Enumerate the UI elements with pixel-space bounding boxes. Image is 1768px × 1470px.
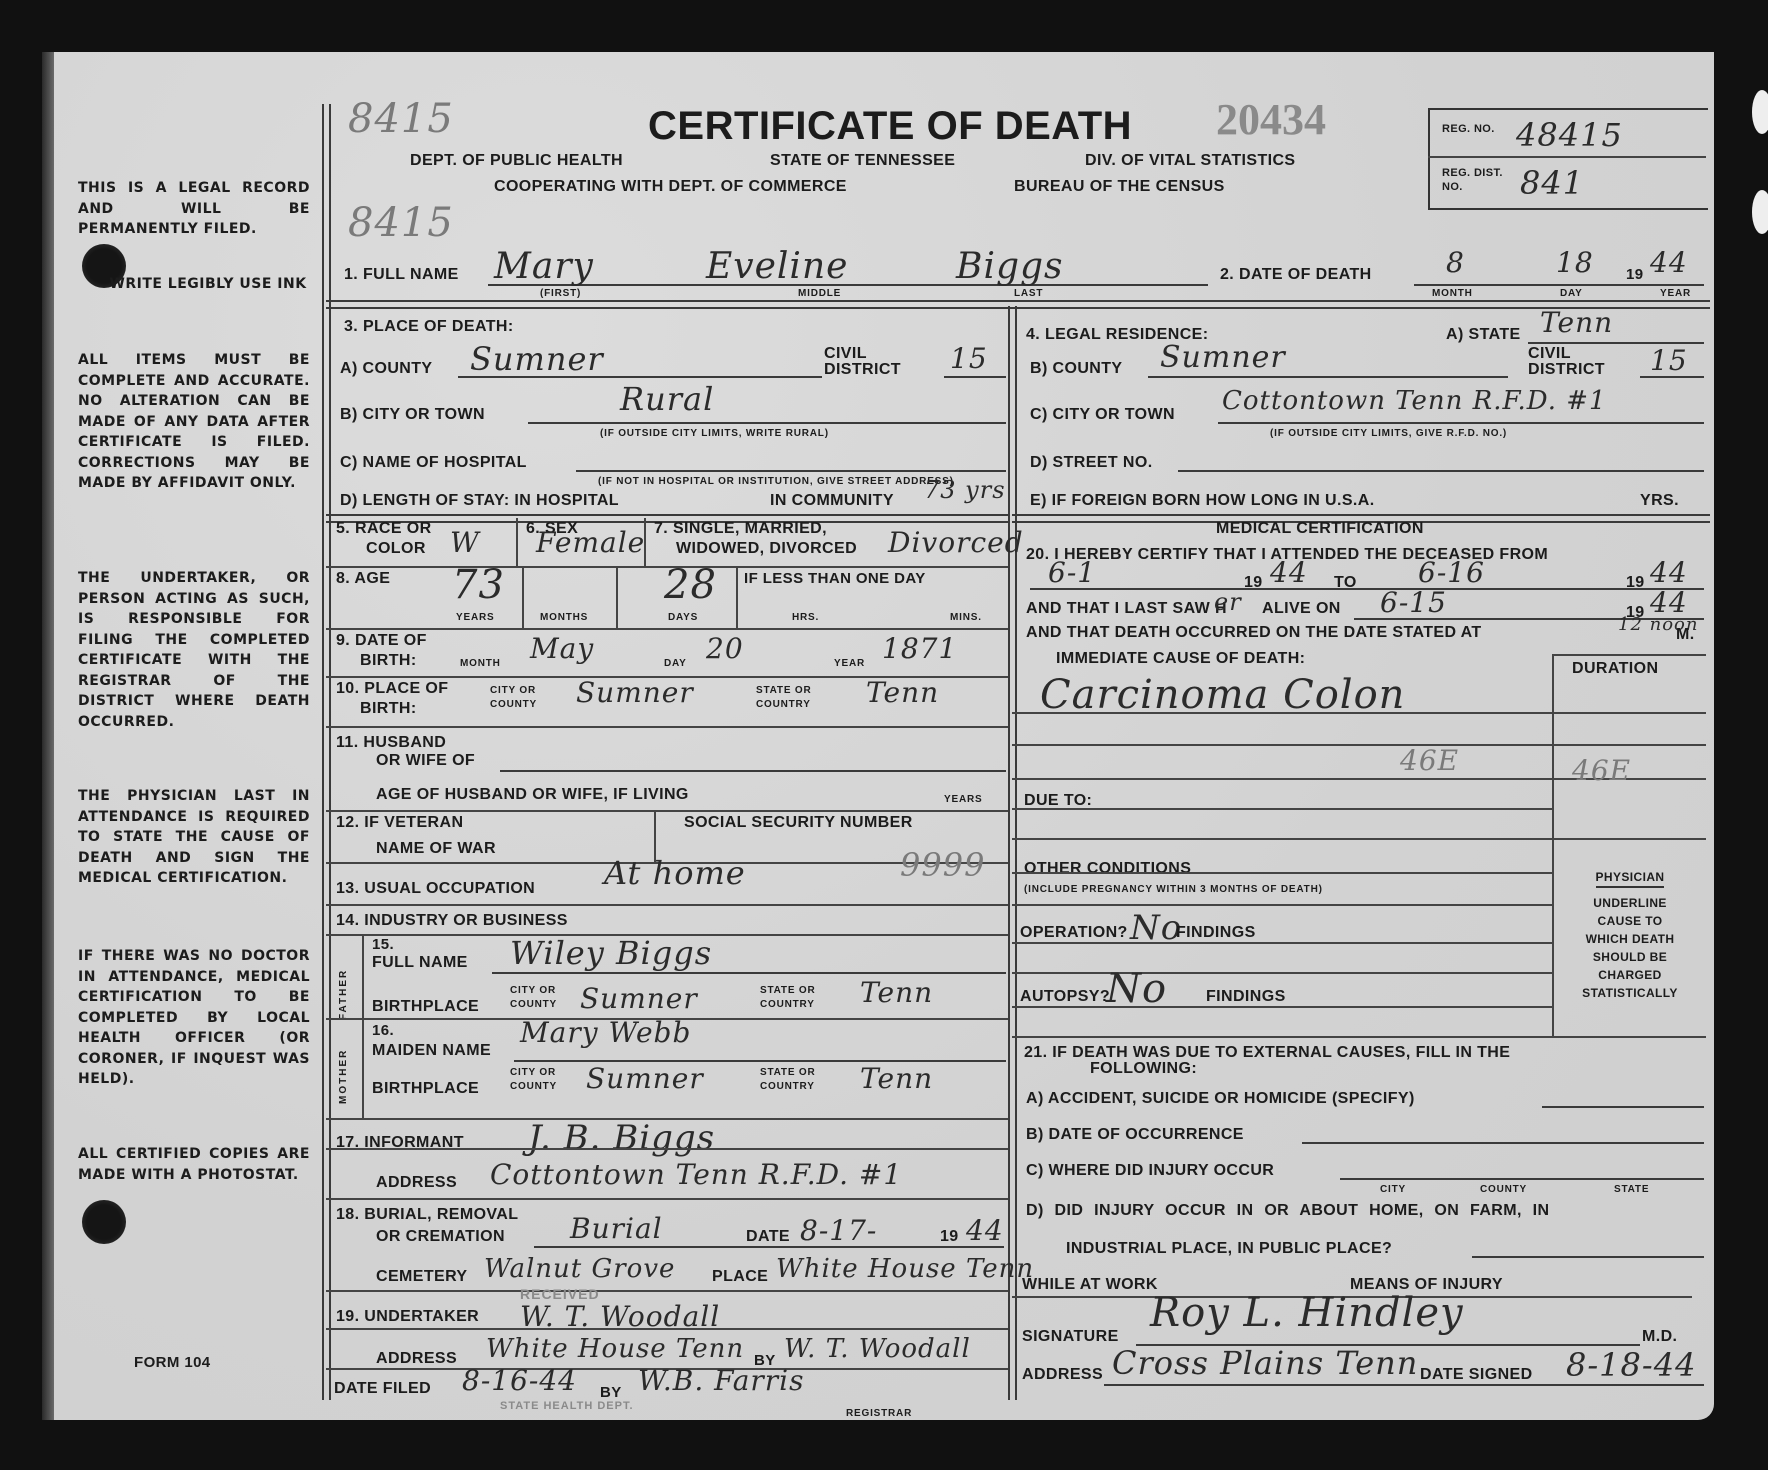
sub-days: DAYS [668, 612, 698, 623]
mother-state-label: STATE OR COUNTRY [760, 1066, 830, 1094]
residence-city-label: C) CITY OR TOWN [1030, 406, 1175, 424]
age-less-label: IF LESS THAN ONE DAY [744, 570, 926, 587]
industry-label: 14. INDUSTRY OR BUSINESS [336, 912, 568, 930]
veteran-war-label: NAME OF WAR [376, 840, 496, 858]
mother-city-value[interactable]: Sumner [586, 1062, 704, 1095]
residence-foreign-label: E) IF FOREIGN BORN HOW LONG IN U.S.A. [1030, 492, 1375, 510]
attended-to-date[interactable]: 6-16 [1418, 556, 1485, 589]
age-hrs: HRS. [792, 612, 819, 623]
birth-place-label: 10. PLACE OF [336, 680, 448, 698]
physician-address-label: ADDRESS [1022, 1366, 1103, 1384]
first-name-value[interactable]: Mary [494, 246, 594, 287]
reg-dist-label: REG. DIST. NO. [1442, 166, 1512, 194]
occupation-value[interactable]: At home [604, 854, 746, 892]
header-cooperating: COOPERATING WITH DEPT. OF COMMERCE [494, 178, 847, 196]
residence-civil-label: CIVIL DISTRICT [1528, 346, 1638, 378]
burial-label: 18. BURIAL, REMOVAL [336, 1206, 518, 1224]
father-state-label: STATE OR COUNTRY [760, 984, 830, 1012]
reg-no-value[interactable]: 48415 [1516, 116, 1623, 154]
where-county: COUNTY [1480, 1184, 1527, 1195]
date-filed-label: DATE FILED [334, 1380, 431, 1398]
father-city-value[interactable]: Sumner [580, 982, 698, 1015]
sub-middle: MIDDLE [798, 288, 841, 299]
occurred-label: AND THAT DEATH OCCURRED ON THE DATE STAT… [1026, 624, 1482, 642]
mother-name-label: MAIDEN NAME [372, 1042, 491, 1060]
pod-civil-label: CIVIL DISTRICT [824, 346, 934, 378]
sub-months: MONTHS [540, 612, 588, 623]
marital-value[interactable]: Divorced [888, 526, 1024, 559]
notice-physician: THE PHYSICIAN LAST IN ATTENDANCE IS REQU… [78, 786, 310, 889]
header-state: STATE OF TENNESSEE [770, 152, 955, 170]
md-suffix: M.D. [1642, 1328, 1677, 1346]
home-label: D) DID INJURY OCCUR IN OR ABOUT HOME, ON… [1026, 1202, 1549, 1220]
reg-dist-value[interactable]: 841 [1520, 164, 1584, 202]
accident-label: A) ACCIDENT, SUICIDE OR HOMICIDE (SPECIF… [1026, 1090, 1415, 1108]
residence-county-label: B) COUNTY [1030, 360, 1122, 378]
attended-from-year[interactable]: 44 [1270, 556, 1308, 589]
sub-month: MONTH [1432, 288, 1473, 299]
mother-side-label: MOTHER [338, 1030, 349, 1104]
spouse-label-2: OR WIFE OF [376, 752, 475, 770]
marital-label: 7. SINGLE, MARRIED, [654, 520, 827, 538]
birth-day-value[interactable]: 20 [706, 632, 744, 665]
birth-place-label-2: BIRTH: [360, 700, 417, 718]
pod-city-label: B) CITY OR TOWN [340, 406, 485, 424]
date-of-death-label: 2. DATE OF DEATH [1220, 266, 1372, 284]
sub-year: YEAR [1660, 288, 1691, 299]
residence-city-value[interactable]: Cottontown Tenn R.F.D. #1 [1222, 386, 1607, 416]
mother-state-value[interactable]: Tenn [860, 1062, 933, 1095]
place-of-death-label: 3. PLACE OF DEATH: [344, 318, 514, 336]
sub-years: YEARS [456, 612, 494, 623]
age-days[interactable]: 28 [664, 562, 717, 608]
physician-address-value[interactable]: Cross Plains Tenn [1112, 1344, 1418, 1382]
informant-name-value[interactable]: J. B. Biggs [528, 1118, 715, 1158]
mother-name-value[interactable]: Mary Webb [520, 1016, 691, 1049]
middle-name-value[interactable]: Eveline [706, 246, 848, 287]
father-state-value[interactable]: Tenn [860, 976, 933, 1009]
pod-civil-value[interactable]: 15 [950, 342, 988, 375]
header-bureau: BUREAU OF THE CENSUS [1014, 178, 1225, 196]
notice-photostat: ALL CERTIFIED COPIES ARE MADE WITH A PHO… [78, 1144, 310, 1185]
operation-label: OPERATION? [1020, 924, 1128, 942]
race-label: 5. RACE OR [336, 520, 432, 538]
autopsy-label: AUTOPSY? [1020, 988, 1110, 1006]
home-label-2: INDUSTRIAL PLACE, IN PUBLIC PLACE? [1066, 1240, 1392, 1258]
cemetery-label: CEMETERY [376, 1268, 468, 1286]
file-number: 20434 [1216, 94, 1326, 145]
header-division: DIV. OF VITAL STATISTICS [1085, 152, 1296, 170]
margin-note: 8415 [348, 96, 454, 142]
mother-birth-label: BIRTHPLACE [372, 1080, 479, 1098]
father-side-label: FATHER [338, 950, 349, 1020]
notice-legal-record: THIS IS A LEGAL RECORD AND WILL BE PERMA… [78, 178, 310, 240]
pod-community-value[interactable]: 73 yrs [924, 476, 1006, 504]
sub-last: LAST [1014, 288, 1043, 299]
pod-hospital-label: C) NAME OF HOSPITAL [340, 454, 527, 472]
birth-year-value[interactable]: 1871 [882, 632, 957, 665]
occurrence-label: B) DATE OF OCCURRENCE [1026, 1126, 1244, 1144]
registrar-value[interactable]: W.B. Farris [638, 1364, 804, 1397]
margin-note: 8415 [348, 200, 454, 246]
burial-date-label: DATE [746, 1228, 790, 1246]
burial-year-prefix: 19 [940, 1228, 959, 1246]
race-label-2: COLOR [366, 540, 426, 558]
burial-place-label: PLACE [712, 1268, 768, 1286]
page-title: CERTIFICATE OF DEATH [648, 104, 1132, 149]
birth-state-value[interactable]: Tenn [866, 676, 939, 709]
veteran-label: 12. IF VETERAN [336, 814, 463, 832]
duration-label: DURATION [1572, 660, 1658, 678]
physician-note: PHYSICIAN UNDERLINE CAUSE TO WHICH DEATH… [1556, 868, 1704, 1002]
paper-edge [42, 52, 54, 1420]
date-signed-value[interactable]: 8-18-44 [1566, 1346, 1696, 1384]
where-city: CITY [1380, 1184, 1406, 1195]
residence-foreign-unit: YRS. [1640, 492, 1679, 510]
state-health-stamp: STATE HEALTH DEPT. [500, 1400, 634, 1412]
external-label-2: FOLLOWING: [1090, 1060, 1197, 1078]
burial-value[interactable]: Burial [570, 1212, 663, 1245]
father-name-label: FULL NAME [372, 954, 468, 972]
burial-year-value[interactable]: 44 [966, 1214, 1004, 1247]
signature-label: SIGNATURE [1022, 1328, 1119, 1346]
occupation-code: 9999 [900, 846, 985, 884]
birth-city-value[interactable]: Sumner [576, 676, 694, 709]
other-conditions-label: OTHER CONDITIONS [1024, 860, 1191, 878]
pod-city-note: (IF OUTSIDE CITY LIMITS, WRITE RURAL) [600, 428, 829, 439]
notice-no-doctor: IF THERE WAS NO DOCTOR IN ATTENDANCE, ME… [78, 946, 310, 1090]
marital-label-2: WIDOWED, DIVORCED [676, 540, 857, 558]
spouse-age-label: AGE OF HUSBAND OR WIFE, IF LIVING [376, 786, 689, 804]
death-year-prefix: 19 [1626, 266, 1644, 283]
date-filed-value[interactable]: 8-16-44 [462, 1364, 577, 1397]
pod-city-value[interactable]: Rural [620, 380, 714, 418]
pod-county-label: A) COUNTY [340, 360, 432, 378]
birth-month-label: MONTH [460, 658, 501, 669]
father-name-value[interactable]: Wiley Biggs [510, 934, 712, 972]
father-num: 15. [372, 936, 394, 953]
punch-hole [82, 1200, 126, 1244]
mother-city-label: CITY OR COUNTY [510, 1066, 570, 1094]
residence-city-note: (IF OUTSIDE CITY LIMITS, GIVE R.F.D. NO.… [1270, 428, 1507, 439]
death-month[interactable]: 8 [1446, 246, 1465, 279]
filed-by-label: BY [600, 1384, 622, 1401]
undertaker-label: 19. UNDERTAKER [336, 1308, 479, 1326]
birth-year-label: YEAR [834, 658, 865, 669]
where-label: C) WHERE DID INJURY OCCUR [1026, 1162, 1274, 1180]
undertaker-address-label: ADDRESS [376, 1350, 457, 1368]
to-label: TO [1334, 574, 1357, 592]
last-saw-label: AND THAT I LAST SAW H [1026, 600, 1227, 618]
scan-artifact [1752, 190, 1768, 234]
residence-state-value[interactable]: Tenn [1540, 306, 1613, 339]
reg-no-label: REG. NO. [1442, 122, 1498, 136]
death-year[interactable]: 44 [1650, 246, 1688, 279]
burial-date-value[interactable]: 8-17- [800, 1214, 877, 1247]
sub-day: DAY [1560, 288, 1583, 299]
residence-county-value[interactable]: Sumner [1160, 340, 1286, 375]
sub-first: (FIRST) [540, 288, 581, 299]
physician-signature[interactable]: Roy L. Hindley [1150, 1290, 1464, 1336]
alive-on-label: ALIVE ON [1262, 600, 1341, 618]
occurred-unit: M. [1676, 626, 1695, 644]
to-year-prefix: 19 [1626, 574, 1645, 592]
pod-community-label: IN COMMUNITY [770, 492, 894, 510]
spouse-label: 11. HUSBAND [336, 734, 446, 752]
where-state: STATE [1614, 1184, 1649, 1195]
notice-all-items: ALL ITEMS MUST BE COMPLETE AND ACCURATE.… [78, 350, 310, 494]
while-at-work-label: WHILE AT WORK [1022, 1276, 1158, 1294]
cause-label: IMMEDIATE CAUSE OF DEATH: [1056, 650, 1305, 668]
divider-top [326, 300, 1710, 309]
full-name-label: 1. FULL NAME [344, 266, 459, 284]
autopsy-findings-label: FINDINGS [1206, 988, 1286, 1006]
undertaker-address-value[interactable]: White House Tenn [486, 1334, 744, 1364]
sex-value[interactable]: Female [536, 526, 645, 559]
occupation-label: 13. USUAL OCCUPATION [336, 880, 535, 898]
informant-address-value[interactable]: Cottontown Tenn R.F.D. #1 [490, 1158, 902, 1191]
attended-to-year[interactable]: 44 [1650, 556, 1688, 589]
scan-artifact [1752, 90, 1768, 134]
last-saw-pronoun[interactable]: er [1214, 588, 1242, 616]
mother-num: 16. [372, 1022, 394, 1039]
burial-label-2: OR CREMATION [376, 1228, 505, 1246]
birth-month-value[interactable]: May [530, 632, 594, 665]
attended-from-date[interactable]: 6-1 [1048, 556, 1096, 589]
informant-address-label: ADDRESS [376, 1174, 457, 1192]
cause-code: 46E [1400, 744, 1459, 777]
pod-stay-label: D) LENGTH OF STAY: IN HOSPITAL [340, 492, 619, 510]
notice-write-legibly: WRITE LEGIBLY USE INK [78, 274, 308, 295]
medical-heading: MEDICAL CERTIFICATION [1216, 520, 1424, 538]
residence-state-label: A) STATE [1446, 326, 1521, 344]
death-day[interactable]: 18 [1556, 246, 1594, 279]
other-conditions-note: (INCLUDE PREGNANCY WITHIN 3 MONTHS OF DE… [1024, 884, 1323, 895]
cemetery-value[interactable]: Walnut Grove [484, 1254, 675, 1284]
duration-code: 46E [1572, 754, 1631, 787]
registrar-label: REGISTRAR [846, 1408, 912, 1419]
birth-city-label: CITY OR COUNTY [490, 684, 550, 712]
age-mins: MINS. [950, 612, 982, 623]
date-signed-label: DATE SIGNED [1420, 1366, 1533, 1384]
last-name-value[interactable]: Biggs [956, 246, 1064, 287]
age-label: 8. AGE [336, 570, 390, 588]
age-years[interactable]: 73 [452, 562, 505, 608]
pod-hospital-note: (IF NOT IN HOSPITAL OR INSTITUTION, GIVE… [598, 476, 954, 487]
spouse-age-unit: YEARS [944, 794, 982, 805]
pod-county-value[interactable]: Sumner [470, 340, 604, 378]
frame-middle [1008, 306, 1017, 1400]
residence-street-label: D) STREET NO. [1030, 454, 1153, 472]
form-number: FORM 104 [134, 1354, 211, 1371]
frame-left [322, 104, 331, 1400]
from-year-prefix: 19 [1244, 574, 1263, 592]
ssn-label: SOCIAL SECURITY NUMBER [684, 814, 913, 832]
undertaker-by-value[interactable]: W. T. Woodall [784, 1334, 971, 1364]
birth-date-label-2: BIRTH: [360, 652, 417, 670]
header-dept: DEPT. OF PUBLIC HEALTH [410, 152, 623, 170]
notice-undertaker: THE UNDERTAKER, OR PERSON ACTING AS SUCH… [78, 568, 310, 732]
last-saw-date[interactable]: 6-15 [1380, 586, 1447, 619]
residence-civil-value[interactable]: 15 [1650, 344, 1688, 377]
operation-findings-label: FINDINGS [1176, 924, 1256, 942]
birth-date-label: 9. DATE OF [336, 632, 427, 650]
birth-day-label: DAY [664, 658, 687, 669]
father-city-label: CITY OR COUNTY [510, 984, 570, 1012]
birth-state-label: STATE OR COUNTRY [756, 684, 826, 712]
race-value[interactable]: W [450, 526, 480, 559]
burial-place-value[interactable]: White House Tenn [776, 1254, 1034, 1284]
father-birth-label: BIRTHPLACE [372, 998, 479, 1016]
